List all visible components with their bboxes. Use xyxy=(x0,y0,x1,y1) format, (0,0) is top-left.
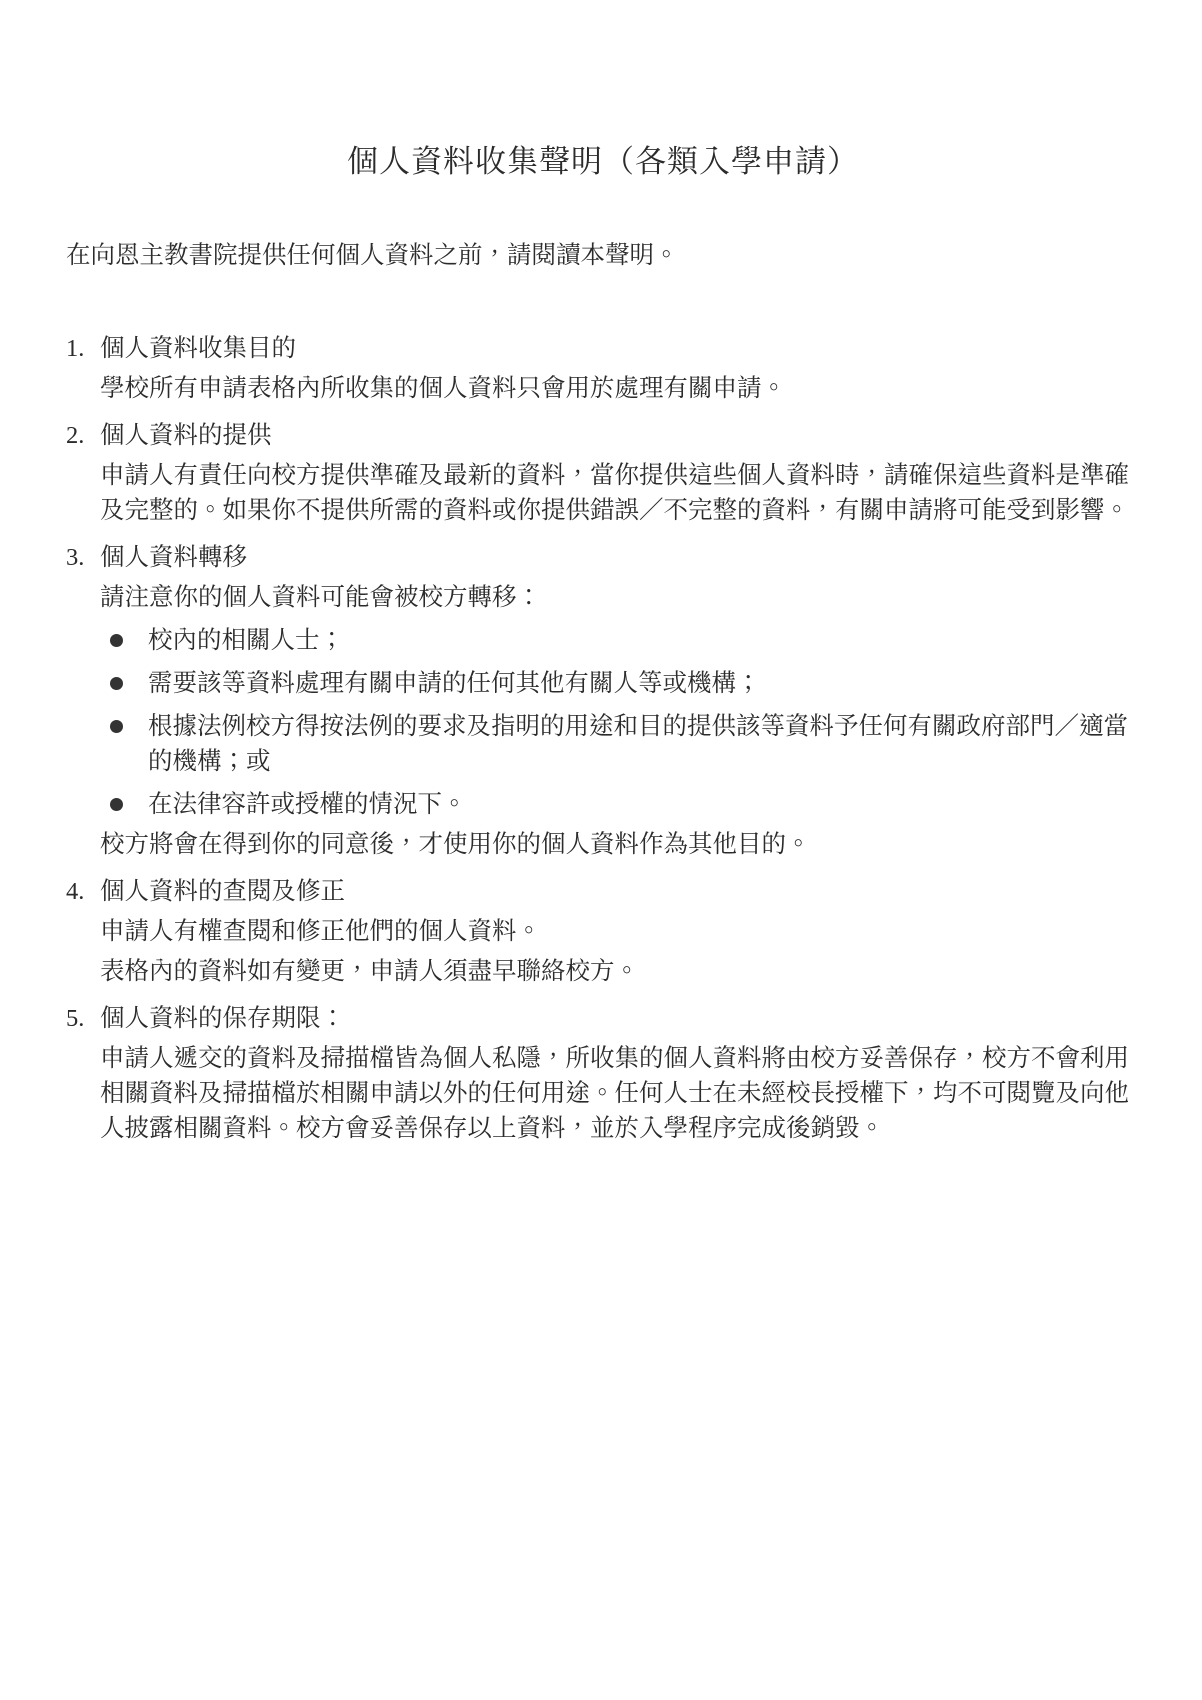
section-4-content: 申請人有權查閱和修正他們的個人資料。 表格內的資料如有變更，申請人須盡早聯絡校方… xyxy=(100,914,1140,989)
section-heading: 個人資料的提供 xyxy=(100,418,272,453)
bullet-item: 校內的相關人士； xyxy=(100,623,1140,658)
section-1-heading-row: 1. 個人資料收集目的 xyxy=(66,331,1140,366)
bullet-icon xyxy=(110,798,123,811)
section-heading: 個人資料的保存期限： xyxy=(100,1001,345,1036)
section-paragraph: 表格內的資料如有變更，申請人須盡早聯絡校方。 xyxy=(100,954,1140,989)
bullet-text: 需要該等資料處理有關申請的任何其他有關人等或機構； xyxy=(148,666,1140,701)
bullet-icon xyxy=(110,720,123,733)
section-paragraph: 請注意你的個人資料可能會被校方轉移： xyxy=(100,580,1140,615)
bullet-icon xyxy=(110,677,123,690)
section-5-content: 申請人遞交的資料及掃描檔皆為個人私隱，所收集的個人資料將由校方妥善保存，校方不會… xyxy=(100,1041,1140,1146)
section-number: 2. xyxy=(66,418,100,453)
bullet-item: 根據法例校方得按法例的要求及指明的用途和目的提供該等資料予任何有關政府部門／適當… xyxy=(100,709,1140,779)
section-5-heading-row: 5. 個人資料的保存期限： xyxy=(66,1001,1140,1036)
section-closing-paragraph: 校方將會在得到你的同意後，才使用你的個人資料作為其他目的。 xyxy=(100,827,1140,862)
section-paragraph: 學校所有申請表格內所收集的個人資料只會用於處理有關申請。 xyxy=(100,371,1140,406)
section-number: 4. xyxy=(66,874,100,909)
page-title: 個人資料收集聲明（各類入學申請） xyxy=(66,142,1140,182)
section-paragraph: 申請人有權查閱和修正他們的個人資料。 xyxy=(100,914,1140,949)
section-number: 3. xyxy=(66,540,100,575)
bullet-icon xyxy=(110,634,123,647)
section-2: 2. 個人資料的提供 申請人有責任向校方提供準確及最新的資料，當你提供這些個人資… xyxy=(66,418,1140,528)
section-heading: 個人資料轉移 xyxy=(100,540,247,575)
bullet-item: 在法律容許或授權的情況下。 xyxy=(100,787,1140,822)
document-page: 個人資料收集聲明（各類入學申請） 在向恩主教書院提供任何個人資料之前，請閱讀本聲… xyxy=(0,0,1202,1700)
section-2-content: 申請人有責任向校方提供準確及最新的資料，當你提供這些個人資料時，請確保這些資料是… xyxy=(100,458,1140,528)
section-paragraph: 申請人遞交的資料及掃描檔皆為個人私隱，所收集的個人資料將由校方妥善保存，校方不會… xyxy=(100,1041,1140,1146)
bullet-text: 在法律容許或授權的情況下。 xyxy=(148,787,1140,822)
section-paragraph: 申請人有責任向校方提供準確及最新的資料，當你提供這些個人資料時，請確保這些資料是… xyxy=(100,458,1140,528)
section-heading: 個人資料的查閱及修正 xyxy=(100,874,345,909)
numbered-sections: 1. 個人資料收集目的 學校所有申請表格內所收集的個人資料只會用於處理有關申請。… xyxy=(66,331,1140,1146)
section-number: 5. xyxy=(66,1001,100,1036)
intro-paragraph: 在向恩主教書院提供任何個人資料之前，請閱讀本聲明。 xyxy=(66,238,1140,273)
section-3-content: 請注意你的個人資料可能會被校方轉移： 校內的相關人士； 需要該等資料處理有關申請… xyxy=(100,580,1140,862)
bullet-text: 校內的相關人士； xyxy=(148,623,1140,658)
section-number: 1. xyxy=(66,331,100,366)
section-1: 1. 個人資料收集目的 學校所有申請表格內所收集的個人資料只會用於處理有關申請。 xyxy=(66,331,1140,406)
section-4: 4. 個人資料的查閱及修正 申請人有權查閱和修正他們的個人資料。 表格內的資料如… xyxy=(66,874,1140,989)
section-3-heading-row: 3. 個人資料轉移 xyxy=(66,540,1140,575)
section-1-content: 學校所有申請表格內所收集的個人資料只會用於處理有關申請。 xyxy=(100,371,1140,406)
section-4-heading-row: 4. 個人資料的查閱及修正 xyxy=(66,874,1140,909)
section-heading: 個人資料收集目的 xyxy=(100,331,296,366)
bullet-text: 根據法例校方得按法例的要求及指明的用途和目的提供該等資料予任何有關政府部門／適當… xyxy=(148,709,1140,779)
section-2-heading-row: 2. 個人資料的提供 xyxy=(66,418,1140,453)
section-3: 3. 個人資料轉移 請注意你的個人資料可能會被校方轉移： 校內的相關人士； 需要… xyxy=(66,540,1140,862)
bullet-item: 需要該等資料處理有關申請的任何其他有關人等或機構； xyxy=(100,666,1140,701)
section-5: 5. 個人資料的保存期限： 申請人遞交的資料及掃描檔皆為個人私隱，所收集的個人資… xyxy=(66,1001,1140,1146)
